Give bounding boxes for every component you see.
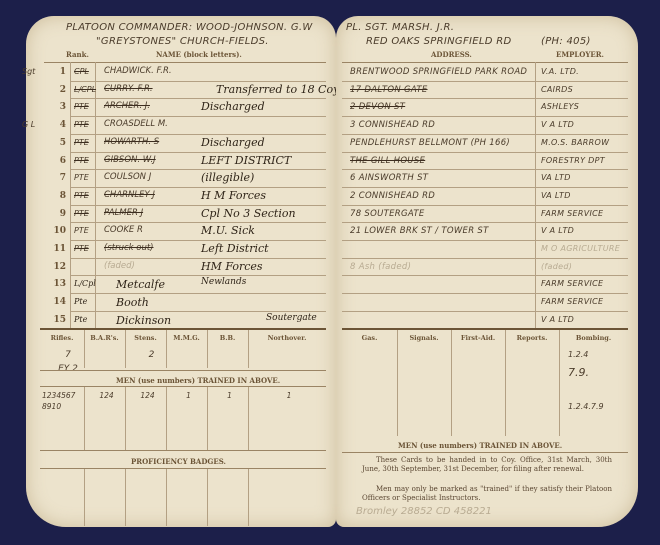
name-cell: (struck out): [104, 243, 154, 253]
address-cell: PENDLEHURST BELLMONT (PH 166): [350, 138, 510, 148]
address-cell: 3 CONNISHEAD RD: [350, 120, 435, 130]
employer-cell: V A LTD: [541, 226, 574, 235]
name-cell: ARCHER. J.: [104, 101, 150, 111]
name-cell: Booth: [116, 296, 149, 309]
faded-footer-note: Bromley 28852 CD 458221: [356, 506, 492, 517]
skill-col-header: Reports.: [505, 334, 559, 342]
col-divider: [207, 386, 208, 450]
status-note: (illegible): [201, 171, 254, 184]
name-cell: CHADWICK. F.R.: [104, 66, 172, 76]
address-cell: 17 DALTON GATE: [350, 85, 428, 95]
trained-label-right: MEN (use numbers) TRAINED IN ABOVE.: [398, 441, 562, 450]
name-cell: PALMER J: [104, 208, 143, 218]
row-number: 2: [52, 85, 66, 95]
roster-row: 5PTEHOWARTH. SDischarged: [26, 135, 336, 153]
address-cell: 8 Ash (faded): [350, 262, 411, 272]
skill-col-header: Bombing.: [559, 334, 628, 342]
employer-cell: V.A. LTD.: [541, 67, 579, 76]
divider: [342, 62, 628, 63]
address-cell: 21 LOWER BRK ST / TOWER ST: [350, 226, 489, 236]
rank-cell: L/Cpl: [74, 279, 96, 288]
row-number: 14: [52, 297, 66, 307]
bombing-entry: 1.2.4: [568, 350, 588, 359]
address-row: 21 LOWER BRK ST / TOWER STV A LTD: [336, 223, 638, 241]
roster-row: 13L/CplMetcalfeNewlands: [26, 276, 336, 294]
divider: [342, 328, 628, 330]
address-cell: 78 SOUTERGATE: [350, 209, 425, 219]
col-divider: [125, 468, 126, 526]
employer-cell: ASHLEYS: [541, 102, 579, 111]
rank-cell: PTE: [74, 120, 89, 129]
address-row: FARM SERVICE: [336, 294, 638, 312]
platoon-commander: PLATOON COMMANDER: WOOD-JOHNSON. G.W: [66, 22, 313, 33]
status-note: Left District: [201, 242, 269, 255]
row-number: 4: [52, 120, 66, 130]
roster-row: 10PTECOOKE RM.U. Sick: [26, 223, 336, 241]
employer-cell: (faded): [541, 262, 572, 271]
row-number: 10: [52, 226, 66, 236]
rank-cell: PTE: [74, 102, 89, 111]
address-row: 6 AINSWORTH STVA LTD: [336, 170, 638, 188]
weapon-col-header: Northover.: [248, 334, 326, 342]
status-note: M.U. Sick: [201, 224, 255, 237]
employer-cell: FARM SERVICE: [541, 297, 603, 306]
address-row: 78 SOUTERGATEFARM SERVICE: [336, 206, 638, 224]
address-row: BRENTWOOD SPRINGFIELD PARK ROADV.A. LTD.: [336, 64, 638, 82]
trained-label: MEN (use numbers) TRAINED IN ABOVE.: [116, 376, 280, 385]
col-divider: [125, 330, 126, 368]
col-divider: [207, 468, 208, 526]
status-note: Discharged: [201, 100, 265, 113]
margin-note: G L: [22, 120, 35, 129]
roster-row: 9PTEPALMER JCpl No 3 Section: [26, 206, 336, 224]
col-divider: [451, 330, 452, 436]
name-cell: CROASDELL M.: [104, 119, 168, 129]
rank-cell: L/CPL: [74, 85, 96, 94]
weapon-col-header: Stens.: [125, 334, 166, 342]
row-number: 3: [52, 102, 66, 112]
rank-cell: PTE: [74, 209, 89, 218]
weapon-trained: 1234567 8910: [42, 390, 86, 412]
name-cell: Metcalfe: [116, 278, 165, 291]
bombing-entry: 1.2.4.7.9: [568, 402, 604, 411]
col-divider: [505, 330, 506, 436]
col-divider: [166, 330, 167, 368]
platoon-sergeant: PL. SGT. MARSH. J.R.: [346, 22, 454, 33]
name-cell: CURRY. F.R.: [104, 84, 153, 94]
status-note: HM Forces: [201, 260, 263, 273]
col-divider: [397, 330, 398, 436]
commander-address: "GREYSTONES" CHURCH-FIELDS.: [96, 36, 269, 47]
col-divider: [84, 468, 85, 526]
row-number: 9: [52, 209, 66, 219]
rank-cell: PTE: [74, 226, 89, 235]
weapon-trained: 1: [168, 390, 209, 401]
address-row: 3 CONNISHEAD RDV A LTD: [336, 117, 638, 135]
roster-row: 1SgtCPLCHADWICK. F.R.: [26, 64, 336, 82]
employer-cell: M.O.S. BARROW: [541, 138, 609, 147]
weapon-col-header: B.B.: [207, 334, 248, 342]
address-cell: 2 DEVON ST: [350, 102, 405, 112]
rank-cell: Pte: [74, 297, 87, 306]
divider: [44, 62, 326, 63]
rank-cell: PTE: [74, 156, 89, 165]
status-note: Discharged: [201, 136, 265, 149]
employer-cell: CAIRDS: [541, 85, 573, 94]
weapon-col-header: Rifles.: [40, 334, 84, 342]
address-cell: BRENTWOOD SPRINGFIELD PARK ROAD: [350, 67, 527, 77]
address-row: 2 DEVON STASHLEYS: [336, 99, 638, 117]
sergeant-phone: (PH: 405): [541, 36, 591, 47]
address-row: 2 CONNISHEAD RDVA LTD: [336, 188, 638, 206]
rank-cell: PTE: [74, 244, 89, 253]
col-divider: [166, 386, 167, 450]
divider: [40, 328, 326, 330]
weapon-col-header: B.A.R's.: [84, 334, 125, 342]
row-number: 12: [52, 262, 66, 272]
address-row: 17 DALTON GATECAIRDS: [336, 82, 638, 100]
address-row: PENDLEHURST BELLMONT (PH 166)M.O.S. BARR…: [336, 135, 638, 153]
rank-cell: PTE: [74, 191, 89, 200]
row-number: 6: [52, 156, 66, 166]
row-number: 11: [52, 244, 66, 254]
weapon-col-header: M.M.G.: [166, 334, 207, 342]
row-number: 7: [52, 173, 66, 183]
employer-cell: VA LTD: [541, 173, 571, 182]
row-number: 13: [52, 279, 66, 289]
sergeant-address: RED OAKS SPRINGFIELD RD: [366, 36, 511, 47]
divider: [40, 468, 326, 469]
rank-cell: PTE: [74, 138, 89, 147]
address-row: 8 Ash (faded)(faded): [336, 259, 638, 277]
col-rank-header: Rank.: [66, 50, 89, 59]
status-note: Soutergate: [266, 313, 317, 323]
name-cell: (faded): [104, 261, 135, 271]
rank-cell: PTE: [74, 173, 89, 182]
row-number: 5: [52, 138, 66, 148]
row-number: 1: [52, 67, 66, 77]
col-divider: [84, 330, 85, 368]
status-note: LEFT DISTRICT: [201, 154, 291, 167]
employer-cell: M O AGRICULTURE: [541, 244, 620, 253]
weapon-trained: 124: [86, 390, 127, 401]
weapon-trained: 1: [250, 390, 328, 401]
skill-col-header: First-Aid.: [451, 334, 505, 342]
employer-cell: V A LTD: [541, 120, 574, 129]
margin-note: Sgt: [22, 67, 35, 76]
col-divider: [248, 386, 249, 450]
row-number: 15: [52, 315, 66, 325]
status-note: Newlands: [201, 277, 246, 287]
name-cell: GIBSON. W.J: [104, 155, 156, 165]
instruction-text-2: Men may only be marked as "trained" if t…: [362, 485, 612, 503]
name-cell: COULSON J: [104, 172, 151, 182]
divider: [40, 386, 326, 387]
card-left-page: PLATOON COMMANDER: WOOD-JOHNSON. G.W "GR…: [26, 16, 336, 527]
roster-row: 7PTECOULSON J(illegible): [26, 170, 336, 188]
col-divider: [207, 330, 208, 368]
roster-row: 2L/CPLCURRY. F.R.Transferred to 18 Coy: [26, 82, 336, 100]
col-name-header: NAME (block letters).: [156, 50, 242, 59]
address-row: M O AGRICULTURE: [336, 241, 638, 259]
address-cell: 2 CONNISHEAD RD: [350, 191, 435, 201]
roster-row: 12(faded)HM Forces: [26, 259, 336, 277]
address-row: FARM SERVICE: [336, 276, 638, 294]
divider: [40, 370, 326, 371]
skill-col-header: Signals.: [397, 334, 451, 342]
bombing-entry: 7.9.: [568, 366, 589, 379]
address-cell: 6 AINSWORTH ST: [350, 173, 428, 183]
weapon-trained: 124: [127, 390, 168, 401]
employer-cell: VA LTD: [541, 191, 571, 200]
divider: [40, 450, 326, 451]
employer-cell: FARM SERVICE: [541, 279, 603, 288]
roster-row: 3PTEARCHER. J.Discharged: [26, 99, 336, 117]
col-divider: [125, 386, 126, 450]
address-cell: THE GILL HOUSE: [350, 156, 425, 166]
roster-row: 4G LPTECROASDELL M.: [26, 117, 336, 135]
roster-row: 6PTEGIBSON. W.JLEFT DISTRICT: [26, 153, 336, 171]
status-note: Cpl No 3 Section: [201, 207, 296, 220]
col-divider: [248, 330, 249, 368]
weapon-trained: 1: [209, 390, 250, 401]
employer-cell: FORESTRY DPT: [541, 156, 605, 165]
roster-row: 8PTECHARNLEY JH M Forces: [26, 188, 336, 206]
name-cell: CHARNLEY J: [104, 190, 155, 200]
rank-cell: CPL: [74, 67, 89, 76]
status-note: Transferred to 18 Coy: [216, 83, 339, 96]
skill-col-header: Gas.: [342, 334, 397, 342]
name-cell: HOWARTH. S: [104, 137, 159, 147]
roster-row: 14PteBooth: [26, 294, 336, 312]
col-divider: [248, 468, 249, 526]
col-divider: [559, 330, 560, 436]
roster-row: 11PTE(struck out)Left District: [26, 241, 336, 259]
employer-cell: V A LTD: [541, 315, 574, 324]
name-cell: Dickinson: [116, 314, 171, 327]
proficiency-badges-label: PROFICIENCY BADGES.: [131, 457, 226, 466]
employer-cell: FARM SERVICE: [541, 209, 603, 218]
col-address-header: ADDRESS.: [431, 50, 472, 59]
col-employer-header: EMPLOYER.: [556, 50, 604, 59]
address-row: THE GILL HOUSEFORESTRY DPT: [336, 153, 638, 171]
name-cell: COOKE R: [104, 225, 143, 235]
card-right-page: PL. SGT. MARSH. J.R. RED OAKS SPRINGFIEL…: [336, 16, 638, 527]
row-number: 8: [52, 191, 66, 201]
status-note: H M Forces: [201, 189, 266, 202]
rank-cell: Pte: [74, 315, 87, 324]
divider: [342, 452, 628, 453]
col-divider: [84, 386, 85, 450]
instruction-text-1: These Cards to be handed in to Coy. Offi…: [362, 456, 612, 474]
col-divider: [166, 468, 167, 526]
